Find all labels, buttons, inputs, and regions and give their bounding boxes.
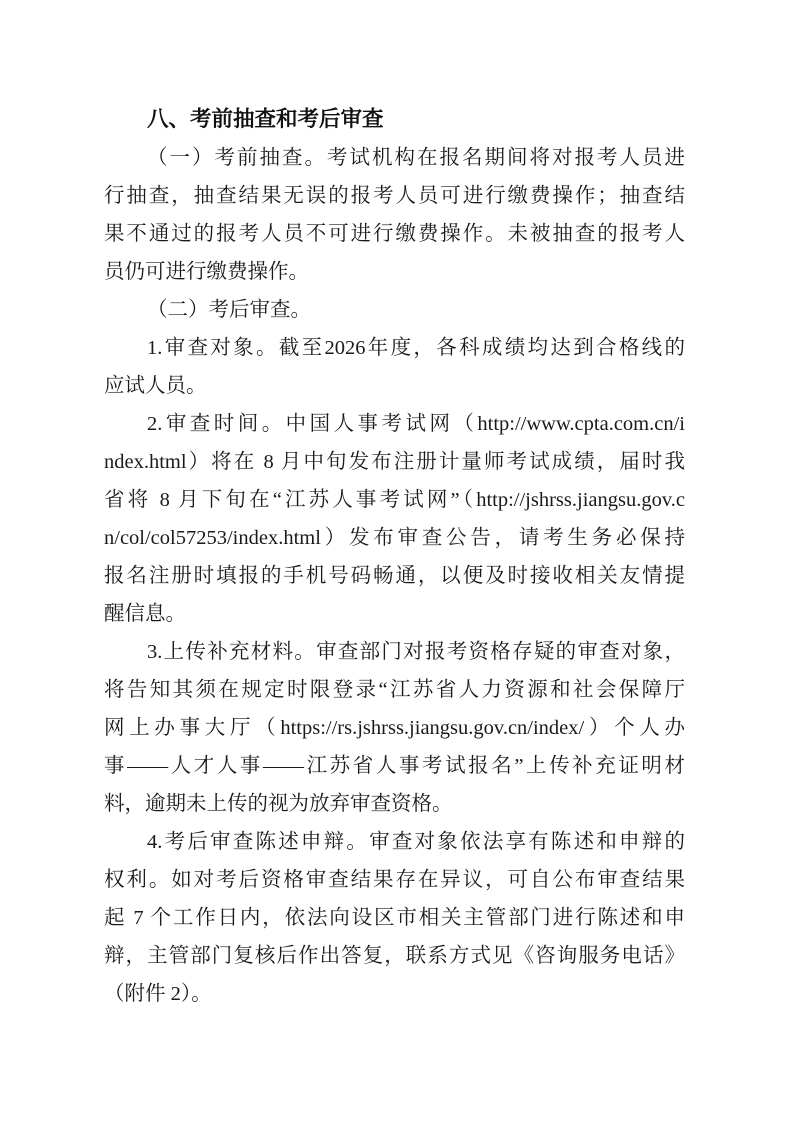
text-line: n/col/col57253/index.html）发布审查公告，请考生务必保持 <box>104 519 685 557</box>
text-line: 报名注册时填报的手机号码畅通，以便及时接收相关友情提 <box>104 557 685 595</box>
paragraph: （一）考前抽查。考试机构在报名期间将对报考人员进行抽查，抽查结果无误的报考人员可… <box>104 139 685 291</box>
text-line: 权利。如对考后资格审查结果存在异议，可自公布审查结果 <box>104 861 685 899</box>
paragraph: 1.审查对象。截至2026年度，各科成绩均达到合格线的应试人员。 <box>104 329 685 405</box>
text-line: 3.上传补充材料。审查部门对报考资格存疑的审查对象， <box>104 633 685 671</box>
text-line: 应试人员。 <box>104 367 685 405</box>
document-page: 八、考前抽查和考后审查 （一）考前抽查。考试机构在报名期间将对报考人员进行抽查，… <box>0 0 794 1123</box>
text-line: 料，逾期未上传的视为放弃审查资格。 <box>104 785 685 823</box>
text-line: ndex.html）将在 8 月中旬发布注册计量师考试成绩，届时我 <box>104 443 685 481</box>
paragraph: 2.审查时间。中国人事考试网（http://www.cpta.com.cn/in… <box>104 405 685 633</box>
text-line: 辩，主管部门复核后作出答复，联系方式见《咨询服务电话》 <box>104 937 685 975</box>
text-line: 行抽查，抽查结果无误的报考人员可进行缴费操作；抽查结 <box>104 177 685 215</box>
text-line: 2.审查时间。中国人事考试网（http://www.cpta.com.cn/i <box>104 405 685 443</box>
text-line: 果不通过的报考人员不可进行缴费操作。未被抽查的报考人 <box>104 215 685 253</box>
paragraph: （二）考后审查。 <box>104 291 685 329</box>
paragraph: 4.考后审查陈述申辩。审查对象依法享有陈述和申辩的权利。如对考后资格审查结果存在… <box>104 823 685 1013</box>
text-line: 4.考后审查陈述申辩。审查对象依法享有陈述和申辩的 <box>104 823 685 861</box>
section-heading: 八、考前抽查和考后审查 <box>104 101 685 139</box>
text-line: （附件 2）。 <box>104 975 685 1013</box>
text-line: （一）考前抽查。考试机构在报名期间将对报考人员进 <box>104 139 685 177</box>
text-line: 起 7 个工作日内，依法向设区市相关主管部门进行陈述和申 <box>104 899 685 937</box>
paragraph: 3.上传补充材料。审查部门对报考资格存疑的审查对象，将告知其须在规定时限登录“江… <box>104 633 685 823</box>
text-line: 员仍可进行缴费操作。 <box>104 253 685 291</box>
text-line: 醒信息。 <box>104 595 685 633</box>
document-content: 八、考前抽查和考后审查 （一）考前抽查。考试机构在报名期间将对报考人员进行抽查，… <box>104 101 685 1013</box>
text-line: 网上办事大厅（https://rs.jshrss.jiangsu.gov.cn/… <box>104 709 685 747</box>
text-line: 省将 8 月下旬在“江苏人事考试网”（http://jshrss.jiangsu… <box>104 481 685 519</box>
document-body: （一）考前抽查。考试机构在报名期间将对报考人员进行抽查，抽查结果无误的报考人员可… <box>104 139 685 1013</box>
text-line: 1.审查对象。截至2026年度，各科成绩均达到合格线的 <box>104 329 685 367</box>
text-line: 将告知其须在规定时限登录“江苏省人力资源和社会保障厅 <box>104 671 685 709</box>
text-line: 事——人才人事——江苏省人事考试报名”上传补充证明材 <box>104 747 685 785</box>
text-line: （二）考后审查。 <box>104 291 685 329</box>
